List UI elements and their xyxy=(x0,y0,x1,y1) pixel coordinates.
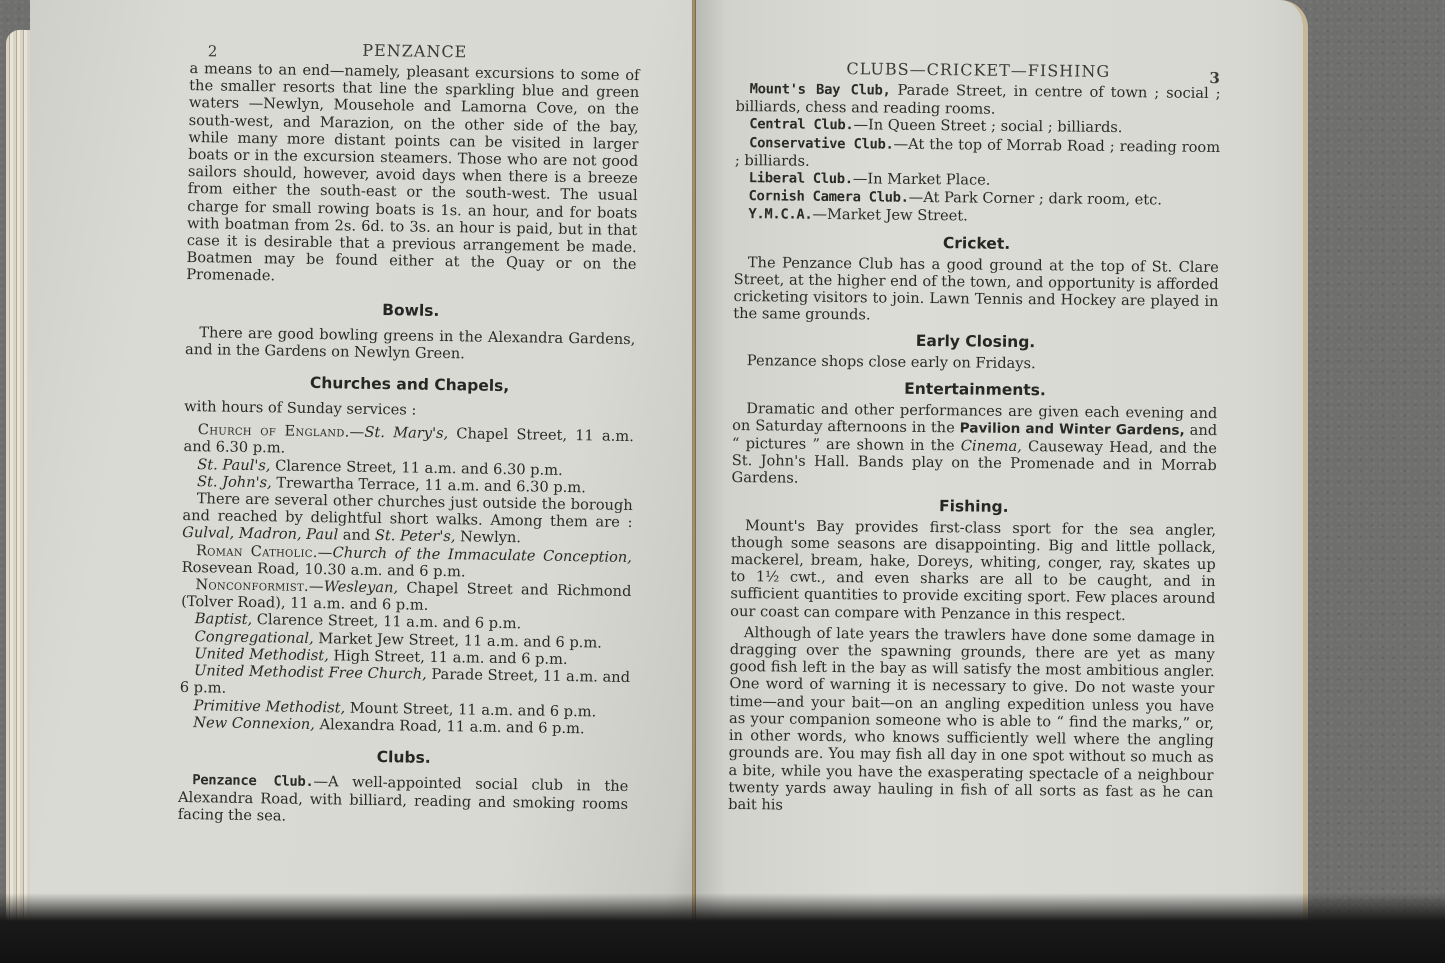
page-number-right: 3 xyxy=(1209,69,1221,87)
early-closing-paragraph: Penzance shops close early on Fridays. xyxy=(733,352,1218,374)
heading-clubs: Clubs. xyxy=(179,745,629,770)
heading-entertainments: Entertainments. xyxy=(732,378,1217,401)
heading-bowls: Bowls. xyxy=(186,298,636,323)
running-head-title-right: CLUBS—CRICKET—FISHING xyxy=(846,59,1110,81)
left-page-content: 2 PENZANCE a means to an end—namely, ple… xyxy=(178,38,640,830)
excursions-paragraph: a means to an end—namely, pleasant excur… xyxy=(186,60,639,291)
heading-cricket: Cricket. xyxy=(734,232,1219,255)
entertainments-paragraph: Dramatic and other performances are give… xyxy=(732,400,1218,492)
right-page-content: CLUBS—CRICKET—FISHING 3 Mount's Bay Club… xyxy=(728,58,1221,818)
heading-churches: Churches and Chapels, xyxy=(184,372,634,397)
bowls-paragraph: There are good bowling greens in the Ale… xyxy=(185,324,635,365)
heading-early-closing: Early Closing. xyxy=(733,330,1218,353)
bottom-shadow xyxy=(0,893,1445,963)
running-head-title-left: PENZANCE xyxy=(362,41,467,62)
club-entry: Mount's Bay Club, Parade Street, in cent… xyxy=(735,80,1220,120)
churches-subheading: with hours of Sunday services : xyxy=(184,398,634,422)
other-churches-paragraph: There are several other churches just ou… xyxy=(182,490,633,549)
page-number-left: 2 xyxy=(208,42,219,60)
fishing-paragraph-1: Mount's Bay provides first-class sport f… xyxy=(730,517,1216,625)
heading-fishing: Fishing. xyxy=(731,495,1216,518)
penzance-club-entry: Penzance Club.—A well-appointed social c… xyxy=(178,771,629,831)
fishing-paragraph-2: Although of late years the trawlers have… xyxy=(728,624,1215,818)
right-page: CLUBS—CRICKET—FISHING 3 Mount's Bay Club… xyxy=(696,0,1308,945)
cricket-paragraph: The Penzance Club has a good ground at t… xyxy=(733,254,1219,328)
club-entry: Conservative Club.—At the top of Morrab … xyxy=(735,134,1220,174)
left-page: 2 PENZANCE a means to an end—namely, ple… xyxy=(30,0,692,935)
